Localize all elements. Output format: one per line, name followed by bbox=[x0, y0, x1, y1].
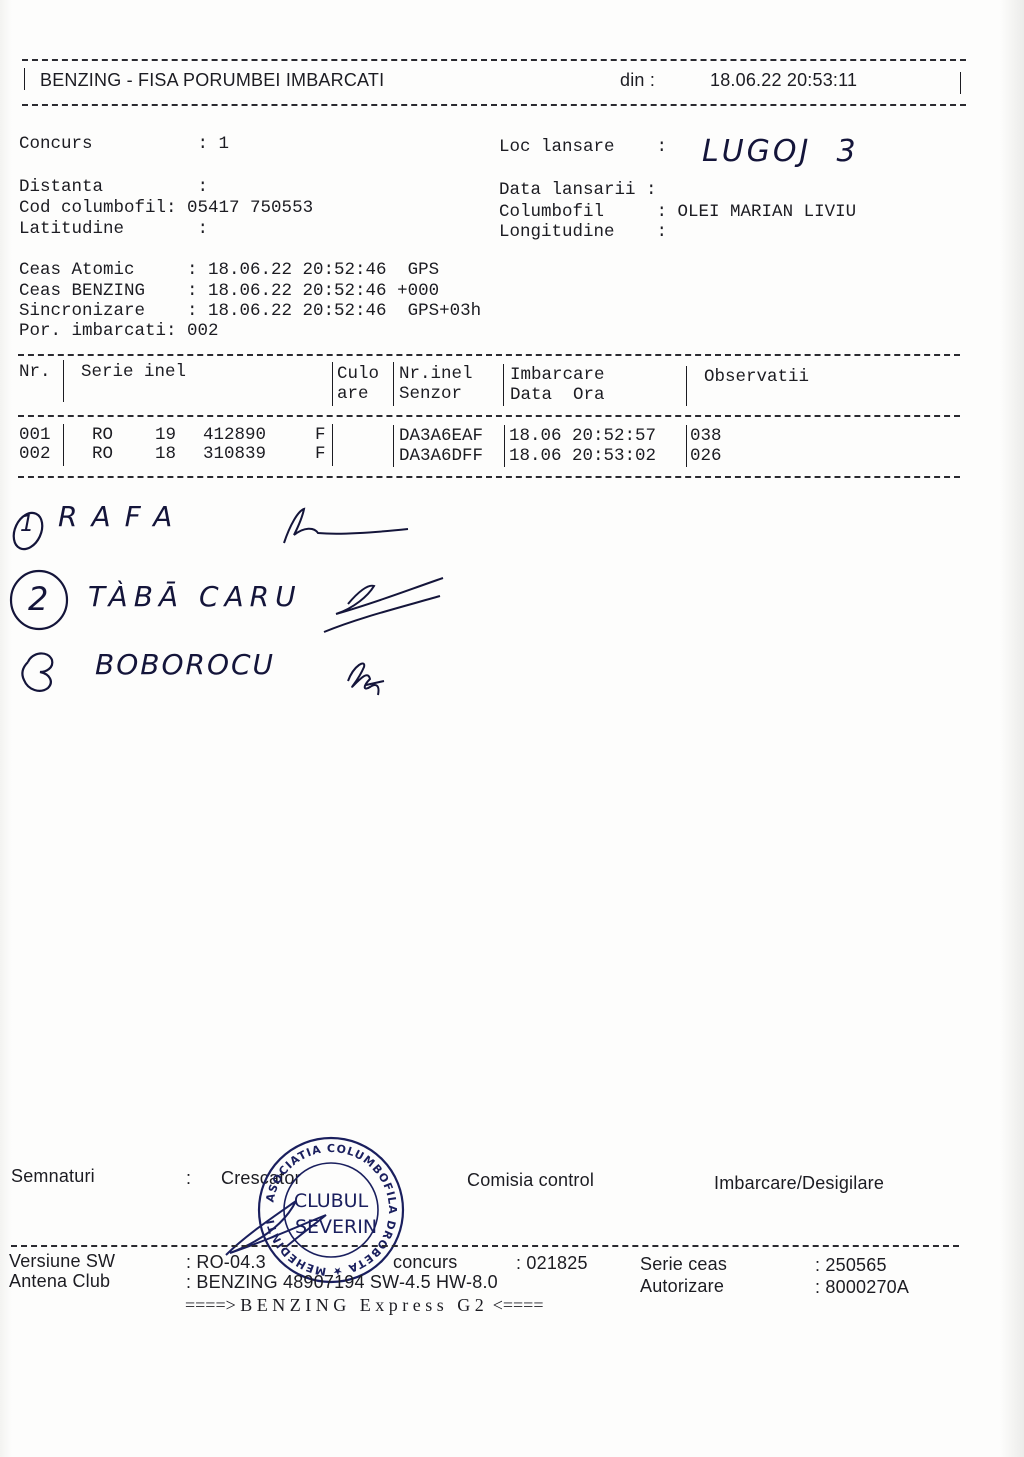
col-separator bbox=[332, 362, 333, 406]
handwritten-name: RAFA bbox=[58, 500, 186, 533]
cell-nr: 001 bbox=[19, 425, 51, 446]
autorizare-label: Autorizare bbox=[640, 1276, 724, 1297]
cell-data-ora: 18.06 20:52:57 bbox=[509, 426, 656, 447]
pigeons-count: : 002 bbox=[166, 321, 219, 341]
versiune-value: : RO-04.3 bbox=[186, 1252, 266, 1273]
divider bbox=[11, 1245, 959, 1247]
handwritten-release-location: LUGOJ 3 bbox=[702, 134, 859, 169]
col-header-culoare: Culo bbox=[337, 364, 379, 385]
col-header-culoare-2: are bbox=[337, 384, 369, 405]
cod-concurs-value: : 021825 bbox=[516, 1253, 588, 1274]
field-label: Loc lansare bbox=[499, 137, 657, 157]
col-separator bbox=[686, 366, 687, 406]
cell-obs: 026 bbox=[690, 446, 722, 467]
signature-icon bbox=[318, 572, 448, 642]
handwritten-number: 2 bbox=[28, 580, 48, 618]
border-bar bbox=[960, 72, 961, 94]
brand-line: ====> B E N Z I N G E x p r e s s G 2 <=… bbox=[185, 1295, 544, 1316]
col-separator bbox=[504, 425, 505, 467]
field-label: Columbofil bbox=[499, 202, 657, 222]
serie-ceas-label: Serie ceas bbox=[640, 1254, 727, 1275]
cell-an: 18 bbox=[155, 444, 176, 465]
col-separator bbox=[63, 424, 64, 466]
divider bbox=[22, 59, 966, 61]
cell-data-ora: 18.06 20:53:02 bbox=[509, 446, 656, 467]
col-header-imbarcare-2: Data Ora bbox=[510, 385, 605, 406]
signature-imbarcare-label: Imbarcare/Desigilare bbox=[714, 1173, 884, 1194]
clock-value: : 18.06.22 20:52:46 GPS+03h bbox=[187, 301, 481, 321]
cell-sex: F bbox=[315, 444, 326, 465]
date-label: din : bbox=[620, 70, 655, 91]
clock-label: Sincronizare bbox=[19, 301, 187, 321]
signatures-label: Semnaturi bbox=[11, 1166, 95, 1187]
cell-senzor: DA3A6EAF bbox=[399, 426, 483, 447]
antena-value: : BENZING 48907194 SW-4.5 HW-8.0 bbox=[186, 1272, 498, 1293]
field-label: Latitudine bbox=[19, 219, 198, 239]
club-stamp: ASOCIATIA COLUMBOFILA DROBETA ★ MEHEDINT… bbox=[256, 1135, 406, 1285]
field-label: Data lansarii bbox=[499, 180, 646, 200]
col-header-imbarcare: Imbarcare bbox=[510, 365, 605, 386]
col-header-observatii: Observatii bbox=[704, 367, 809, 388]
cell-tara: RO bbox=[92, 444, 113, 465]
col-separator bbox=[686, 425, 687, 467]
cell-tara: RO bbox=[92, 425, 113, 446]
field-label: Distanta bbox=[19, 177, 198, 197]
clock-value: : 18.06.22 20:52:46 +000 bbox=[187, 281, 439, 301]
clock-value: : 18.06.22 20:52:46 GPS bbox=[187, 260, 439, 280]
border-bar bbox=[24, 68, 25, 90]
field-label: Cod columbofil bbox=[19, 198, 166, 218]
col-separator bbox=[503, 364, 504, 406]
field-label: Longitudine bbox=[499, 222, 657, 242]
field-label: Concurs bbox=[19, 134, 198, 154]
versiune-label: Versiune SW bbox=[9, 1251, 115, 1272]
cell-numar: 310839 bbox=[203, 444, 266, 465]
handwritten-name: TÀBĀ CARU bbox=[88, 580, 302, 613]
cell-senzor: DA3A6DFF bbox=[399, 446, 483, 467]
divider bbox=[18, 476, 960, 478]
svg-text:CLUBUL: CLUBUL bbox=[294, 1190, 369, 1212]
handwritten-number: 1 bbox=[20, 512, 34, 537]
divider bbox=[22, 104, 966, 106]
svg-text:SEVERIN: SEVERIN bbox=[295, 1216, 377, 1238]
cell-nr: 002 bbox=[19, 444, 51, 465]
cell-sex: F bbox=[315, 425, 326, 446]
col-separator bbox=[63, 360, 64, 402]
col-separator bbox=[393, 425, 394, 467]
autorizare-value: : 8000270A bbox=[815, 1277, 909, 1298]
columbofil-value: OLEI MARIAN LIVIU bbox=[678, 202, 857, 222]
antena-label: Antena Club bbox=[9, 1271, 110, 1292]
clock-label: Por. imbarcati bbox=[19, 321, 166, 341]
divider bbox=[18, 354, 960, 356]
clock-label: Ceas BENZING bbox=[19, 281, 187, 301]
signature-icon bbox=[340, 655, 390, 700]
col-separator bbox=[393, 362, 394, 406]
print-datetime: 18.06.22 20:53:11 bbox=[710, 70, 857, 91]
paper-sheet: BENZING - FISA PORUMBEI IMBARCATI din : … bbox=[0, 0, 1024, 1457]
serie-ceas-value: : 250565 bbox=[815, 1255, 887, 1276]
cod-columbofil-value: 05417 750553 bbox=[187, 198, 313, 218]
stamp-icon: ASOCIATIA COLUMBOFILA DROBETA ★ MEHEDINT… bbox=[256, 1135, 406, 1285]
handwritten-name: BOBOROCU bbox=[95, 648, 275, 681]
cell-obs: 038 bbox=[690, 426, 722, 447]
col-separator bbox=[332, 424, 333, 466]
document-title: BENZING - FISA PORUMBEI IMBARCATI bbox=[40, 70, 384, 91]
col-header-senzor-2: Senzor bbox=[399, 384, 462, 405]
cod-concurs-label: concurs bbox=[393, 1252, 457, 1273]
clock-label: Ceas Atomic bbox=[19, 260, 187, 280]
circled-number-icon bbox=[18, 648, 58, 694]
signatures-sep: : bbox=[186, 1168, 191, 1189]
signature-icon bbox=[280, 505, 420, 545]
signature-comisia-label: Comisia control bbox=[467, 1170, 594, 1191]
divider bbox=[18, 415, 960, 417]
col-header-serie: Serie inel bbox=[81, 362, 186, 383]
col-header-nr: Nr. bbox=[19, 362, 51, 383]
cell-an: 19 bbox=[155, 425, 176, 446]
col-header-senzor: Nr.inel bbox=[399, 364, 473, 385]
cell-numar: 412890 bbox=[203, 425, 266, 446]
concurs-value: 1 bbox=[219, 134, 230, 154]
